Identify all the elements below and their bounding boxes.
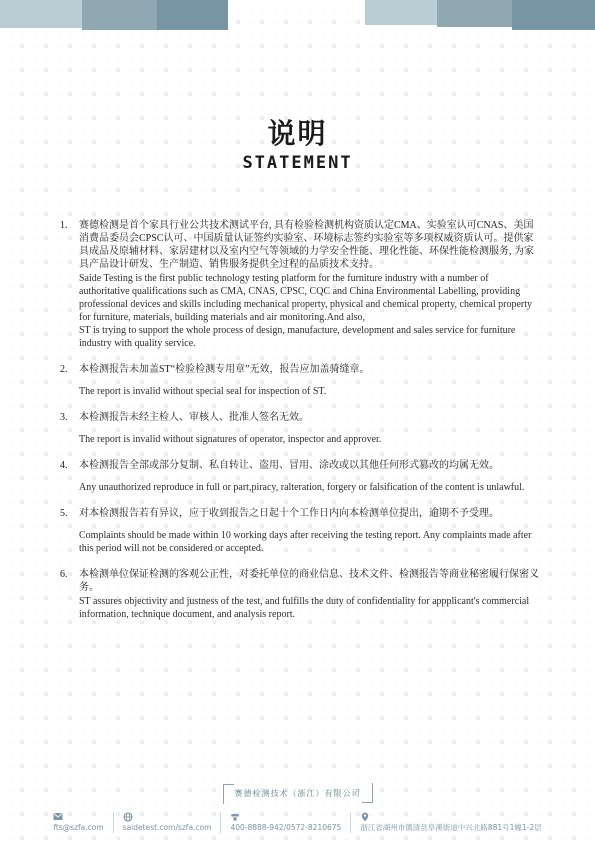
item-text-zh: 本检测单位保证检测的客观公正性，对委托单位的商业信息、技术文件、检测报告等商业秘… xyxy=(79,568,540,594)
item-number: 1. xyxy=(60,219,79,350)
decor-block-mid xyxy=(437,0,512,27)
item-text-zh: 对本检测报告若有异议，应于收到报告之日起十个工作日内向本检测单位提出，逾期不予受… xyxy=(79,507,540,520)
item-text-zh: 本检测报告全部或部分复制、私自转让、盗用、冒用、涂改或以其他任何形式篡改的均属无… xyxy=(79,459,540,472)
item-number: 5. xyxy=(60,507,79,555)
contact-phone-cell: 400-8888-942/0572-8210675 xyxy=(220,812,350,833)
location-icon xyxy=(360,812,541,823)
statement-item: 4. 本检测报告全部或部分复制、私自转让、盗用、冒用、涂改或以其他任何形式篡改的… xyxy=(60,459,540,494)
contact-address-cell: 浙江省湖州市德清县阜溪街道中兴北路881号1幢1-2层 xyxy=(350,812,550,833)
decor-block-dark xyxy=(157,0,228,30)
item-text-zh: 本检测报告未加盖ST“检验检测专用章”无效，报告应加盖骑缝章。 xyxy=(79,363,540,376)
decor-block-light xyxy=(0,0,82,28)
item-text-zh: 本检测报告未经主检人、审核人、批准人签名无效。 xyxy=(79,411,540,424)
decor-block-mid xyxy=(82,0,157,30)
item-text-en: The report is invalid without signatures… xyxy=(79,433,540,446)
contact-website: saidetest.com/szfa.com xyxy=(123,823,212,833)
item-number: 6. xyxy=(60,568,79,621)
item-text-en: The report is invalid without special se… xyxy=(79,385,540,398)
item-number: 4. xyxy=(60,459,79,494)
item-number: 2. xyxy=(60,363,79,398)
item-text-en: Saide Testing is the first public techno… xyxy=(79,272,540,350)
statement-page: 说明 STATEMENT 1. 赛德检测是首个家具行业公共技术测试平台, 具有检… xyxy=(0,0,595,841)
item-text-en: ST assures objectivity and justness of t… xyxy=(79,595,540,621)
item-text-zh: 赛德检测是首个家具行业公共技术测试平台, 具有检验检测机构资质认定CMA、实验室… xyxy=(79,219,540,271)
envelope-icon xyxy=(53,812,103,823)
page-title-zh: 说明 xyxy=(0,118,595,150)
statement-item: 6. 本检测单位保证检测的客观公正性，对委托单位的商业信息、技术文件、检测报告等… xyxy=(60,568,540,621)
statement-list: 1. 赛德检测是首个家具行业公共技术测试平台, 具有检验检测机构资质认定CMA、… xyxy=(0,219,595,621)
decor-block-dark xyxy=(512,0,595,30)
contact-row: fts@szfa.com saidetest.com/szfa.com xyxy=(0,812,595,833)
company-name-box: 赛德检测技术（浙江）有限公司 xyxy=(223,784,373,803)
statement-item: 2. 本检测报告未加盖ST“检验检测专用章”无效，报告应加盖骑缝章。 The r… xyxy=(60,363,540,398)
item-number: 3. xyxy=(60,411,79,446)
contact-address: 浙江省湖州市德清县阜溪街道中兴北路881号1幢1-2层 xyxy=(360,823,541,833)
contact-website-cell: saidetest.com/szfa.com xyxy=(113,812,221,833)
contact-email: fts@szfa.com xyxy=(53,823,103,833)
contact-email-cell: fts@szfa.com xyxy=(44,812,112,833)
statement-item: 1. 赛德检测是首个家具行业公共技术测试平台, 具有检验检测机构资质认定CMA、… xyxy=(60,219,540,350)
phone-icon xyxy=(230,812,341,823)
statement-item: 3. 本检测报告未经主检人、审核人、批准人签名无效。 The report is… xyxy=(60,411,540,446)
company-name: 赛德检测技术（浙江）有限公司 xyxy=(235,789,361,798)
item-text-en: Complaints should be made within 10 work… xyxy=(79,529,540,555)
decor-block-light xyxy=(365,0,437,25)
page-footer: 赛德检测技术（浙江）有限公司 fts@szfa.com xyxy=(0,784,595,833)
page-title-en: STATEMENT xyxy=(0,153,595,173)
item-text-en: Any unauthorized reproduce in full or pa… xyxy=(79,481,540,494)
statement-item: 5. 对本检测报告若有异议，应于收到报告之日起十个工作日内向本检测单位提出，逾期… xyxy=(60,507,540,555)
title-block: 说明 STATEMENT xyxy=(0,118,595,173)
contact-phone: 400-8888-942/0572-8210675 xyxy=(230,823,341,833)
globe-icon xyxy=(123,812,212,823)
header-color-blocks xyxy=(0,0,595,32)
